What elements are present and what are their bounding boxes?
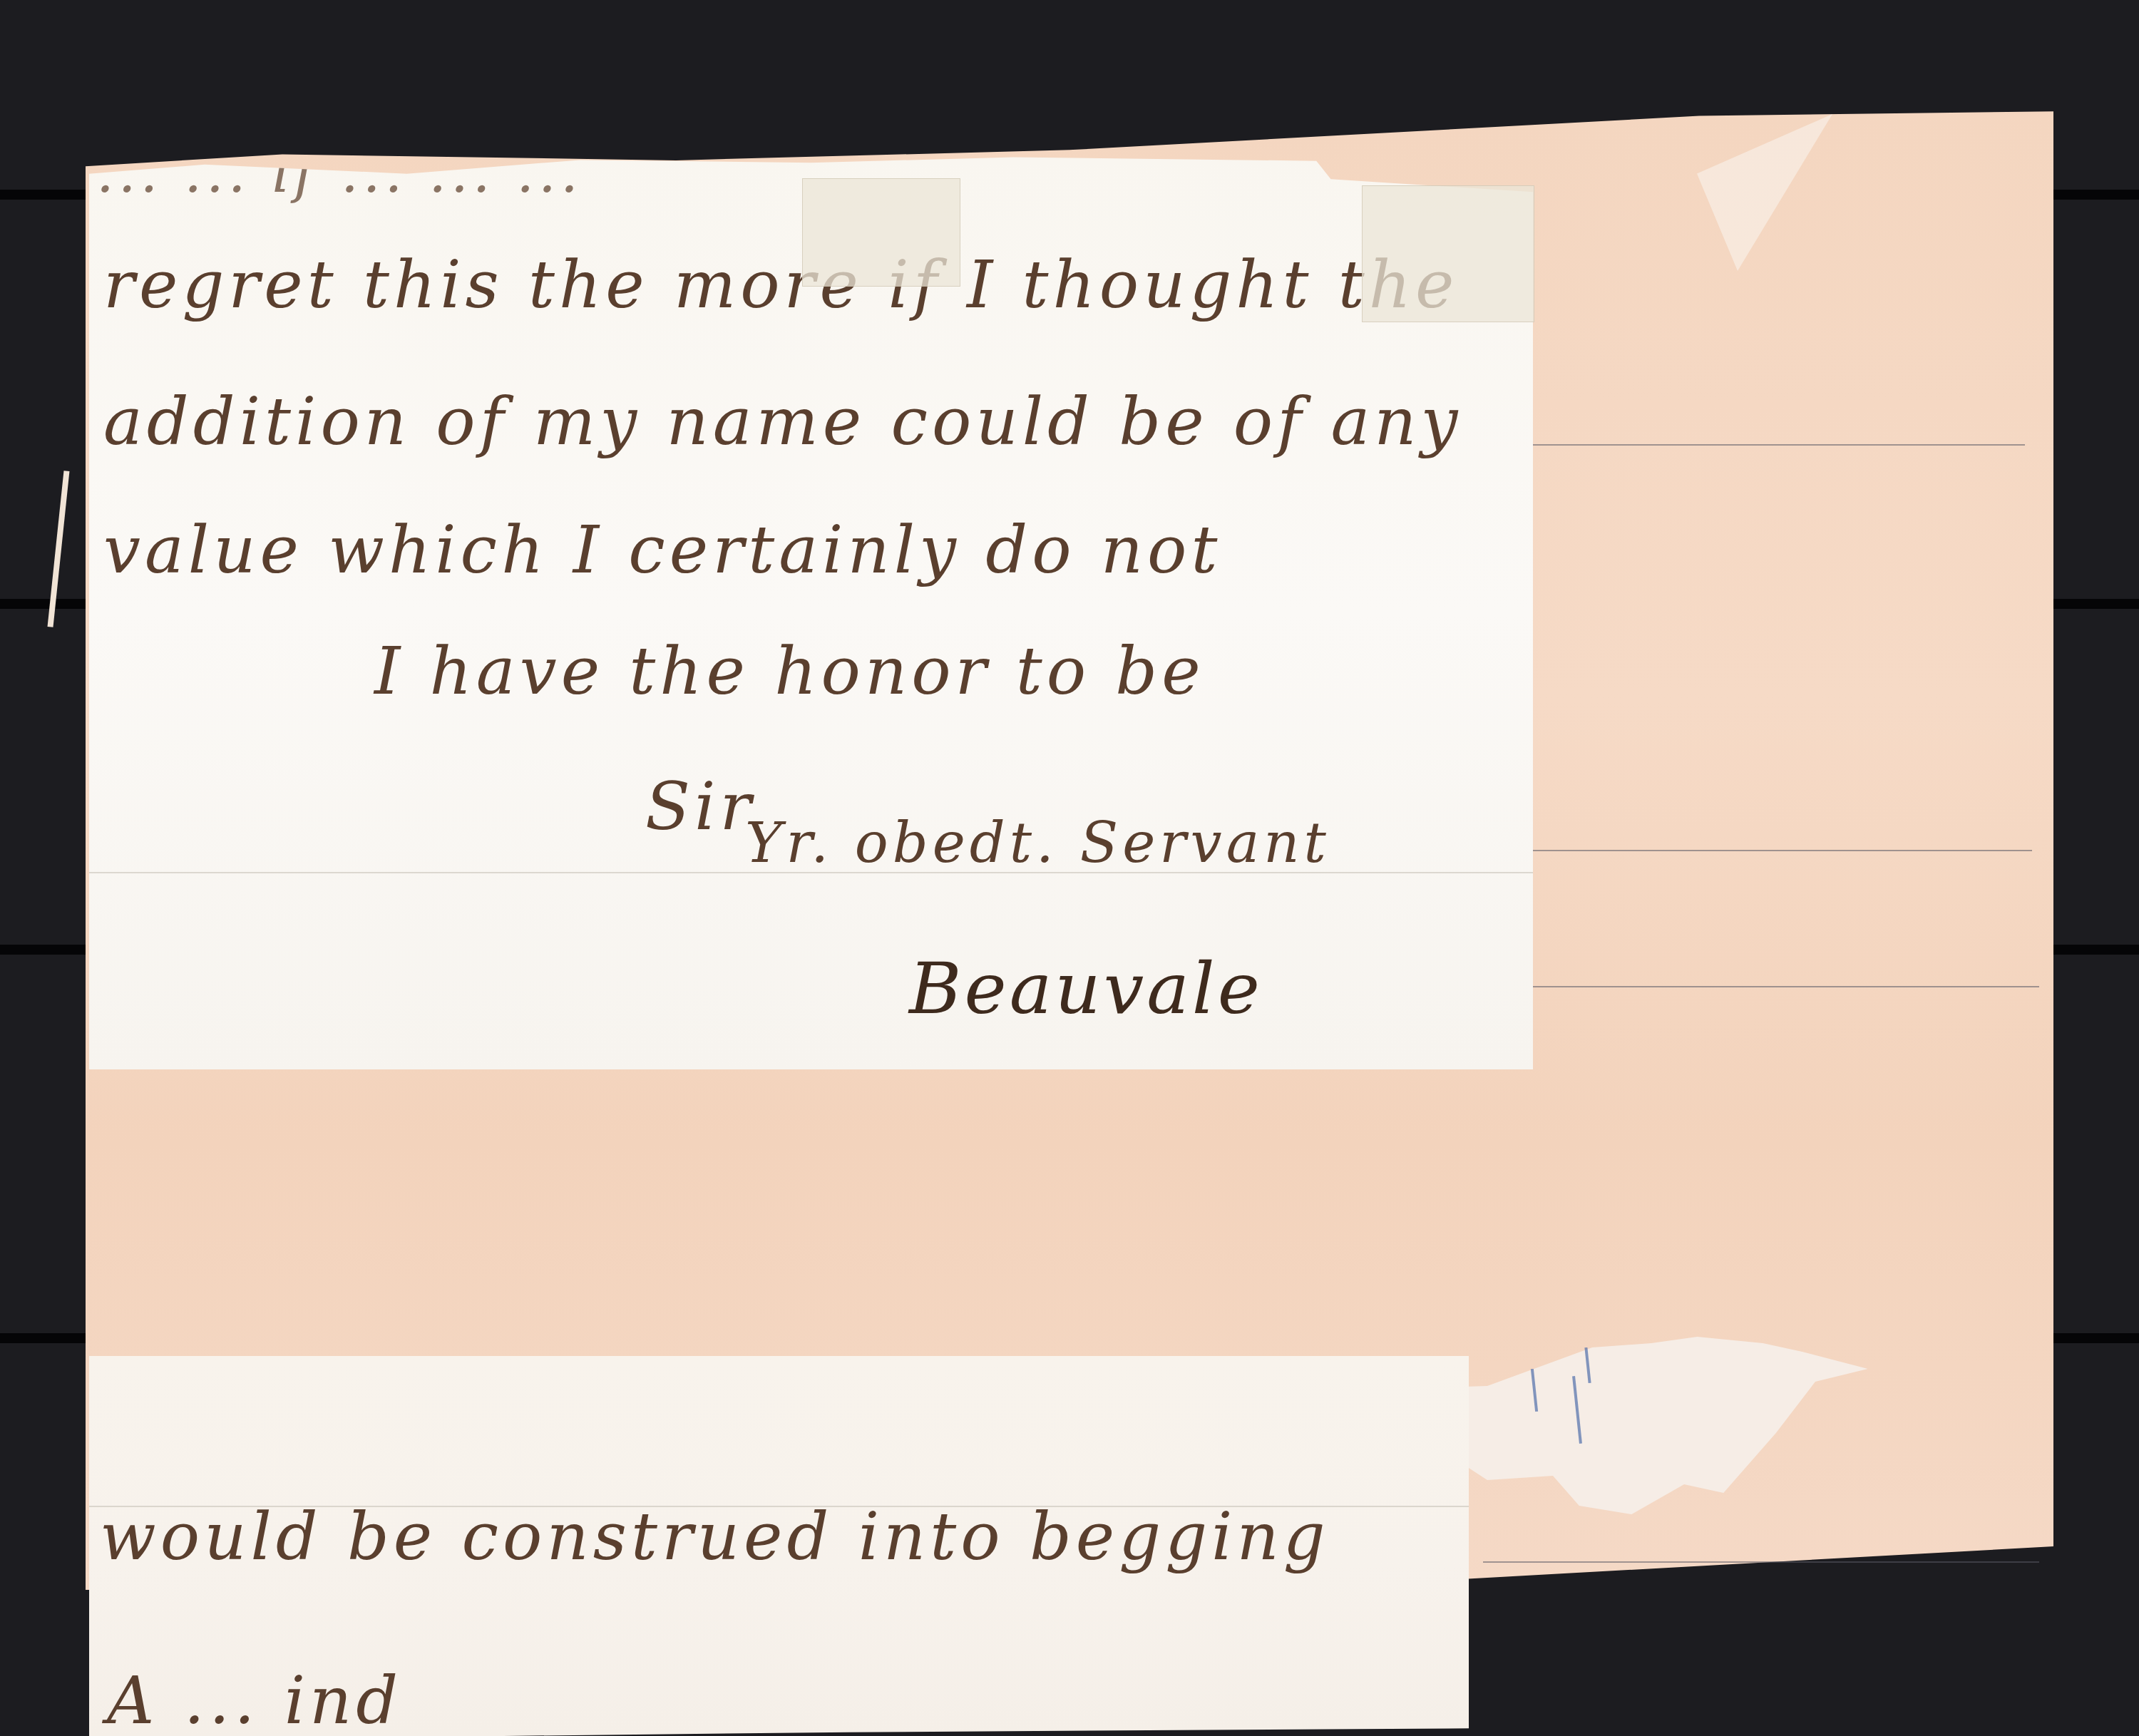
- letter-line: regret this the more if I thought the: [103, 247, 1458, 323]
- ruled-line: [1533, 444, 2025, 446]
- strip-line: A ... ind: [107, 1663, 402, 1736]
- letter-line: addition of my name could be of any: [103, 384, 1462, 460]
- bottom-strip: would be construed into begging A ... in…: [89, 1356, 1469, 1736]
- letter-note: ... ... if ... ... ... regret this the m…: [89, 155, 1533, 1069]
- cut-off-line: ... ... if ... ... ...: [96, 141, 583, 205]
- ruled-line: [1533, 986, 2039, 987]
- ruled-line: [1533, 850, 2032, 851]
- letter-line: value which I certainly do not: [103, 512, 1221, 588]
- signature: Beauvale: [909, 947, 1263, 1030]
- strip-line: would be construed into begging: [100, 1499, 1330, 1575]
- tape-piece: [1362, 185, 1534, 322]
- letter-line: I have the honor to be: [374, 633, 1205, 709]
- tape-piece: [802, 178, 960, 287]
- salutation: Sir: [645, 769, 755, 845]
- valediction: Yr. obedt. Servant: [745, 811, 1330, 875]
- ruled-line: [1483, 1561, 2039, 1563]
